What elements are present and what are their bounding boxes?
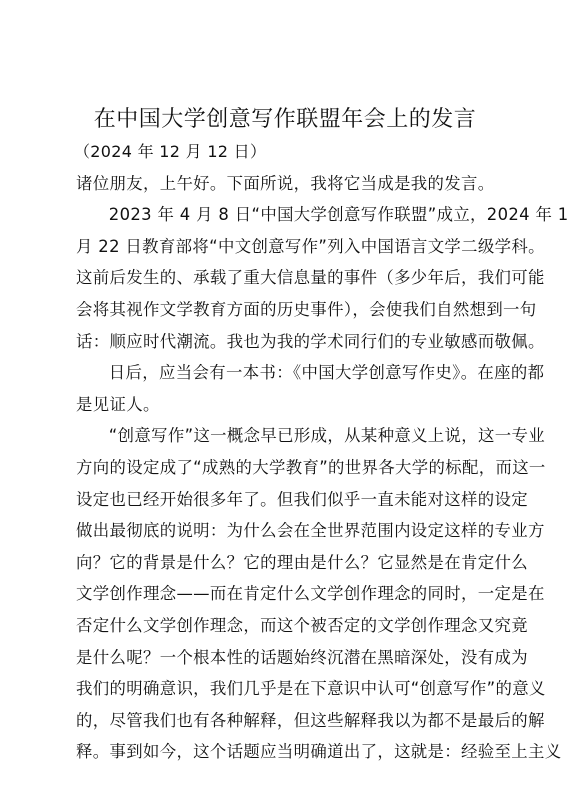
text-line: “创意写作”这一概念早已形成，从某种意义上说，这一专业 xyxy=(76,420,490,452)
text-line: 否定什么文学创作理念，而这个被否定的文学创作理念又究竟 xyxy=(76,610,490,642)
text-line: 月 22 日教育部将“中文创意写作”列入中国语言文学二级学科。 xyxy=(76,231,490,263)
document-title: 在中国大学创意写作联盟年会上的发言 xyxy=(0,104,570,136)
text-line: 我们的明确意识，我们几乎是在下意识中认可“创意写作”的意义 xyxy=(76,673,490,705)
paragraph-alliance-founding: 2023 年 4 月 8 日“中国大学创意写作联盟”成立，2024 年 1 月 … xyxy=(76,199,490,357)
text-line: 向？它的背景是什么？它的理由是什么？它显然是在肯定什么 xyxy=(76,547,490,579)
text-line: 是什么呢？一个根本性的话题始终沉潜在黑暗深处，没有成为 xyxy=(76,642,490,674)
text-line: 的，尽管我们也有各种解释，但这些解释我以为都不是最后的解 xyxy=(76,705,490,737)
text-line: 话：顺应时代潮流。我也为我的学术同行们的专业敏感而敬佩。 xyxy=(76,326,490,358)
text-line: 诸位朋友，上午好。下面所说，我将它当成是我的发言。 xyxy=(76,168,490,200)
speech-date: （2024 年 12 月 12 日） xyxy=(74,136,490,168)
text-line: 做出最彻底的说明：为什么会在全世界范围内设定这样的专业方 xyxy=(76,515,490,547)
text-line: 这前后发生的、承载了重大信息量的事件（多少年后，我们可能 xyxy=(76,262,490,294)
text-line: 释。事到如今，这个话题应当明确道出了，这就是：经验至上主义 xyxy=(76,736,490,768)
text-line: 文学创作理念——而在肯定什么文学创作理念的同时，一定是在 xyxy=(76,578,490,610)
text-line: 会将其视作文学教育方面的历史事件），会使我们自然想到一句 xyxy=(76,294,490,326)
document-body: （2024 年 12 月 12 日） 诸位朋友，上午好。下面所说，我将它当成是我… xyxy=(76,136,490,768)
text-line: 设定也已经开始很多年了。但我们似乎一直未能对这样的设定 xyxy=(76,484,490,516)
text-line: 日后，应当会有一本书：《中国大学创意写作史》。在座的都 xyxy=(76,357,490,389)
text-line: 方向的设定成了“成熟的大学教育”的世界各大学的标配，而这一 xyxy=(76,452,490,484)
paragraph-creative-writing-concept: “创意写作”这一概念早已形成，从某种意义上说，这一专业 方向的设定成了“成熟的大… xyxy=(76,420,490,768)
text-line: 是见证人。 xyxy=(76,389,490,421)
text-line: 2023 年 4 月 8 日“中国大学创意写作联盟”成立，2024 年 1 xyxy=(76,199,490,231)
paragraph-history-book: 日后，应当会有一本书：《中国大学创意写作史》。在座的都 是见证人。 xyxy=(76,357,490,420)
paragraph-greeting: 诸位朋友，上午好。下面所说，我将它当成是我的发言。 xyxy=(76,168,490,200)
document-page: 在中国大学创意写作联盟年会上的发言 （2024 年 12 月 12 日） 诸位朋… xyxy=(0,0,570,807)
